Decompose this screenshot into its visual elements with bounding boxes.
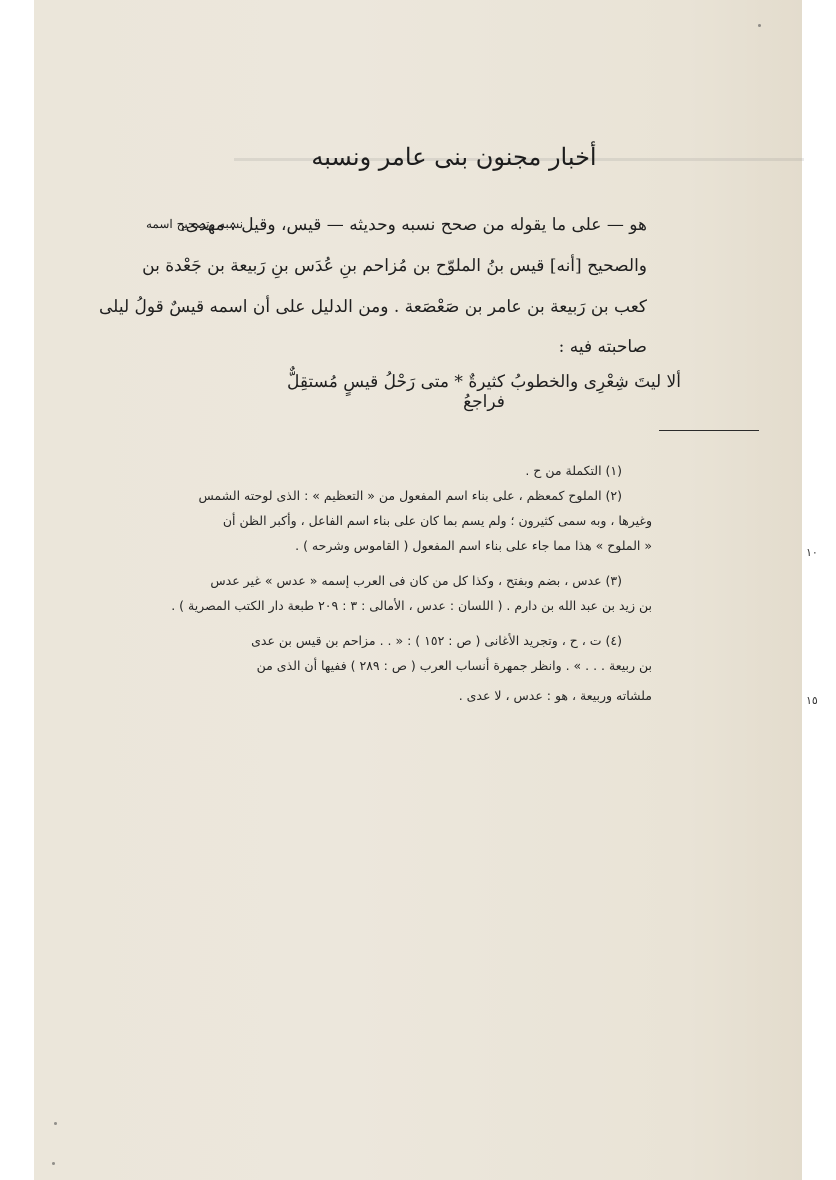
- footnote-3-cont: بن زيد بن عبد الله بن دارم . ( اللسان : …: [171, 598, 652, 613]
- footnote-2-cont2: « الملوح » هذا مما جاء على بناء اسم المف…: [295, 538, 652, 553]
- poem-verse: ألا ليتَ شِعْرِى والخطوبُ كثيرةٌ * متى ر…: [264, 372, 704, 412]
- chapter-title: أخبار مجنون بنى عامر ونسبه: [234, 143, 674, 171]
- footnote-1: (١) التكملة من ح .: [525, 463, 622, 478]
- body-line-4: صاحبته فيه :: [559, 337, 647, 357]
- footnote-4-cont2: ملشاته وربيعة ، هو : عدس ، لا عدى .: [459, 688, 652, 703]
- footnote-3: (٣) عدس ، بضم وبفتح ، وكذا كل من كان فى …: [210, 573, 622, 588]
- line-number-15: ١٥: [806, 694, 818, 707]
- body-line-1: هو — على ما يقوله من صحح نسبه وحديثه — ق…: [180, 215, 647, 235]
- body-line-2: والصحيح [أنه] قيس بنُ الملوّح بن مُزاحم …: [142, 256, 647, 276]
- paper-speck: [52, 1162, 55, 1165]
- footnote-separator: [659, 430, 759, 431]
- footnote-2: (٢) الملوح كمعظم ، على بناء اسم المفعول …: [198, 488, 622, 503]
- footnote-4: (٤) ت ، ح ، وتجريد الأغانى ( ص : ١٥٢ ) :…: [251, 633, 622, 648]
- line-number-10: ١٠: [806, 546, 818, 559]
- paper-speck: [54, 1122, 57, 1125]
- book-page: أخبار مجنون بنى عامر ونسبه نسبه وتصحيح ا…: [34, 0, 802, 1180]
- footnote-4-cont: بن ربيعة . . . » . وانظر جمهرة أنساب الع…: [257, 658, 652, 673]
- footnote-2-cont: وغيرها ، وبه سمى كثيرون ؛ ولم يسم بما كا…: [223, 513, 652, 528]
- paper-speck: [758, 24, 761, 27]
- body-line-3: كعب بن رَبيعة بن عامر بن صَعْصَعة . ومن …: [99, 297, 647, 317]
